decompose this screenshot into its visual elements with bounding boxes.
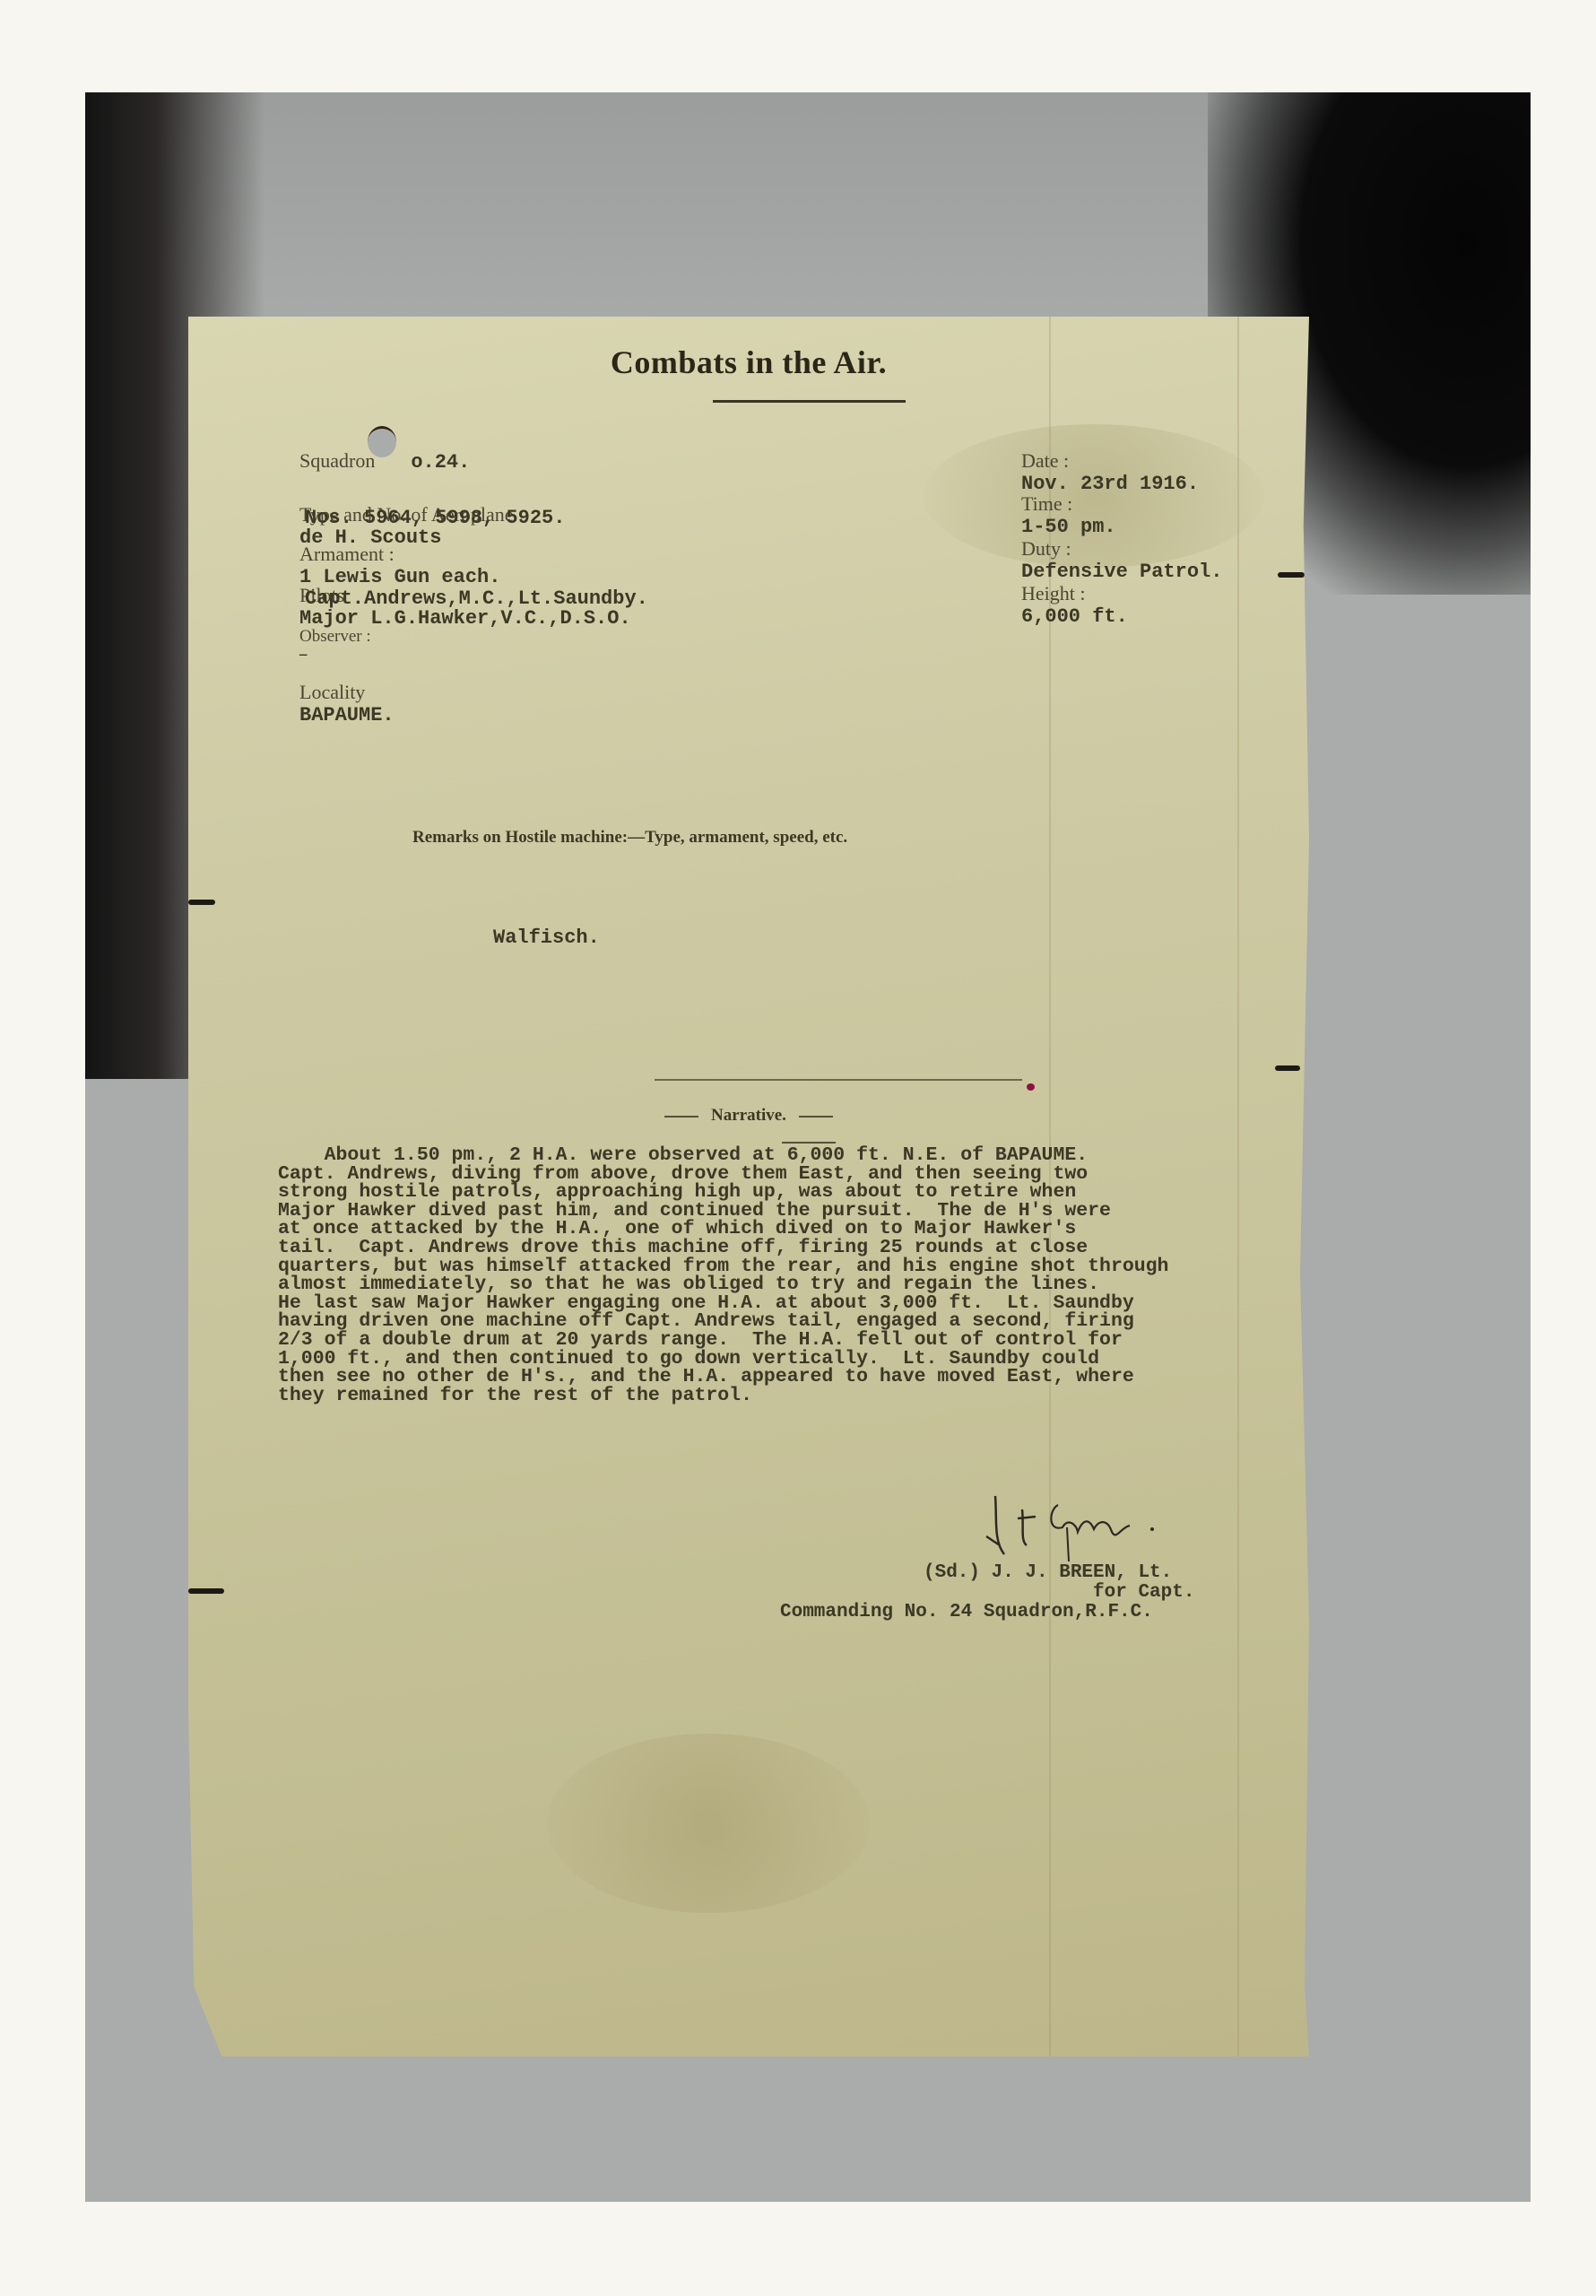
observer-label: Observer :: [299, 627, 371, 646]
date-label: Date :: [1021, 449, 1069, 472]
photograph-print: Combats in the Air. Squadrono.24. Type a…: [85, 92, 1531, 2202]
signature-block: (Sd.) J. J. BREEN, Lt. for Capt. Command…: [816, 1563, 1194, 1622]
combat-report-sheet: Combats in the Air. Squadrono.24. Type a…: [188, 317, 1309, 2057]
squadron-value: o.24.: [411, 451, 470, 474]
signature-line: for Capt.: [924, 1583, 1194, 1603]
document-title: Combats in the Air.: [188, 344, 1309, 381]
heading-dash: [664, 1116, 698, 1118]
tear-mark: [188, 1588, 224, 1594]
tear-mark: [1278, 572, 1305, 578]
squadron-label: Squadron: [299, 449, 375, 472]
armament-label: Armament :: [299, 543, 395, 565]
narrative-line: having driven one machine off Capt. Andr…: [278, 1312, 1300, 1331]
ink-mark: [1027, 1083, 1035, 1091]
field-height: Height : 6,000 ft.: [1000, 566, 1128, 644]
tear-mark: [1275, 1065, 1300, 1071]
locality-label: Locality: [299, 681, 365, 703]
height-value: 6,000 ft.: [1021, 605, 1128, 628]
narrative-line: He last saw Major Hawker engaging one H.…: [278, 1294, 1300, 1313]
signature-line: (Sd.) J. J. BREEN, Lt.: [924, 1563, 1194, 1583]
time-label: Time :: [1021, 492, 1072, 515]
narrative-line: Capt. Andrews, diving from above, drove …: [278, 1165, 1300, 1184]
narrative-line: 1,000 ft., and then continued to go down…: [278, 1350, 1300, 1369]
narrative-line: quarters, but was himself attacked from …: [278, 1257, 1300, 1276]
separator-rule: [655, 1079, 1022, 1081]
field-locality: Locality BAPAUME.: [278, 665, 395, 743]
observer-value: —: [299, 648, 307, 663]
locality-value: BAPAUME.: [299, 704, 395, 726]
heading-dash: [799, 1116, 833, 1118]
duty-label: Duty :: [1021, 537, 1071, 560]
narrative-line: 2/3 of a double drum at 20 yards range. …: [278, 1331, 1300, 1350]
narrative-line: strong hostile patrols, approaching high…: [278, 1183, 1300, 1202]
narrative-line: Major Hawker dived past him, and continu…: [278, 1202, 1300, 1221]
narrative-line: they remained for the rest of the patrol…: [278, 1387, 1300, 1405]
punch-hole: [368, 426, 396, 457]
signature-line: Commanding No. 24 Squadron,R.F.C.: [780, 1603, 1194, 1622]
tear-mark: [188, 900, 215, 905]
remarks-value: Walfisch.: [493, 926, 600, 949]
narrative-line: tail. Capt. Andrews drove this machine o…: [278, 1239, 1300, 1257]
remarks-heading: Remarks on Hostile machine:—Type, armame…: [412, 828, 847, 848]
paper-stain: [547, 1734, 870, 1913]
height-label: Height :: [1021, 582, 1086, 604]
narrative-line: then see no other de H's., and the H.A. …: [278, 1368, 1300, 1387]
narrative-line: almost immediately, so that he was oblig…: [278, 1275, 1300, 1294]
handwritten-signature: [977, 1492, 1175, 1563]
narrative-line: at once attacked by the H.A., one of whi…: [278, 1220, 1300, 1239]
pilots-value-line2: Capt.Andrews,M.C.,Lt.Saundby.: [305, 587, 648, 610]
title-underline: [713, 400, 906, 403]
narrative-heading: Narrative.: [188, 1106, 1309, 1126]
narrative-heading-text: Narrative.: [711, 1106, 786, 1125]
narrative-body: About 1.50 pm., 2 H.A. were observed at …: [278, 1146, 1300, 1405]
narrative-underline: [782, 1142, 836, 1144]
narrative-line: About 1.50 pm., 2 H.A. were observed at …: [278, 1146, 1300, 1165]
